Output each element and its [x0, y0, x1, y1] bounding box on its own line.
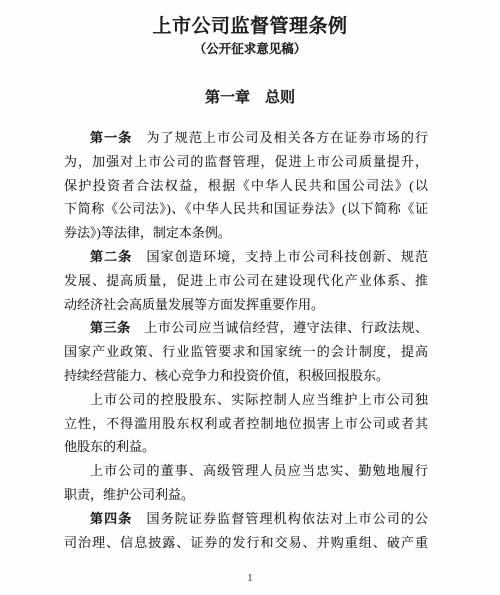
article-4-label: 第四条 — [90, 511, 132, 526]
body-line: 为，加强对上市公司的监督管理，促进上市公司质量提升， — [64, 150, 428, 174]
article-3-line: 第三条 上市公司应当诚信经营，遵守法律、行政法规、 — [64, 316, 428, 340]
body-line: 持续经营能力、核心竞争力和投资价值，积极回报股东。 — [64, 364, 428, 388]
body-line: 国家产业政策、行业监管要求和国家统一的会计制度，提高 — [64, 340, 428, 364]
body-line: 券法》)等法律，制定本条例。 — [64, 221, 428, 245]
article-2-label: 第二条 — [90, 249, 132, 264]
document-page: 上市公司监督管理条例 （公开征求意见稿） 第一章 总则 第一条 为了规范上市公司… — [0, 0, 500, 595]
body-line: 下简称《公司法》)、《中华人民共和国证券法》(以下简称《证 — [64, 197, 428, 221]
body-line: 职责，维护公司利益。 — [64, 483, 428, 507]
article-1-line: 第一条 为了规范上市公司及相关各方在证券市场的行 — [64, 126, 428, 150]
document-body: 第一条 为了规范上市公司及相关各方在证券市场的行 为，加强对上市公司的监督管理，… — [64, 126, 428, 554]
body-line: 上市公司的控股股东、实际控制人应当维护上市公司独 — [64, 388, 428, 412]
article-2-line: 第二条 国家创造环境，支持上市公司科技创新、规范 — [64, 245, 428, 269]
body-line: 保护投资者合法权益，根据《中华人民共和国公司法》(以 — [64, 174, 428, 198]
body-line: 上市公司的董事、高级管理人员应当忠实、勤勉地履行 — [64, 459, 428, 483]
document-title: 上市公司监督管理条例 — [0, 11, 500, 38]
article-4-line: 第四条 国务院证券监督管理机构依法对上市公司的公 — [64, 507, 428, 531]
chapter-heading: 第一章 总则 — [0, 86, 500, 107]
body-line-text: 为了规范上市公司及相关各方在证券市场的行 — [132, 130, 428, 145]
page-number: 1 — [0, 573, 500, 584]
body-line: 他股东的利益。 — [64, 435, 428, 459]
body-line-text: 上市公司应当诚信经营，遵守法律、行政法规、 — [131, 320, 428, 335]
article-1-label: 第一条 — [90, 130, 132, 145]
body-line: 立性，不得滥用股东权利或者控制地位损害上市公司或者其 — [64, 412, 428, 436]
body-line: 动经济社会高质量发展等方面发挥重要作用。 — [64, 293, 428, 317]
document-subtitle: （公开征求意见稿） — [0, 39, 500, 57]
article-3-label: 第三条 — [90, 320, 131, 335]
body-line-text: 国家创造环境，支持上市公司科技创新、规范 — [132, 249, 428, 264]
body-line-text: 国务院证券监督管理机构依法对上市公司的公 — [132, 511, 428, 526]
body-line: 司治理、信息披露、证券的发行和交易、并购重组、破产重 — [64, 531, 428, 555]
body-line: 发展、提高质量，促进上市公司在建设现代化产业体系、推 — [64, 269, 428, 293]
